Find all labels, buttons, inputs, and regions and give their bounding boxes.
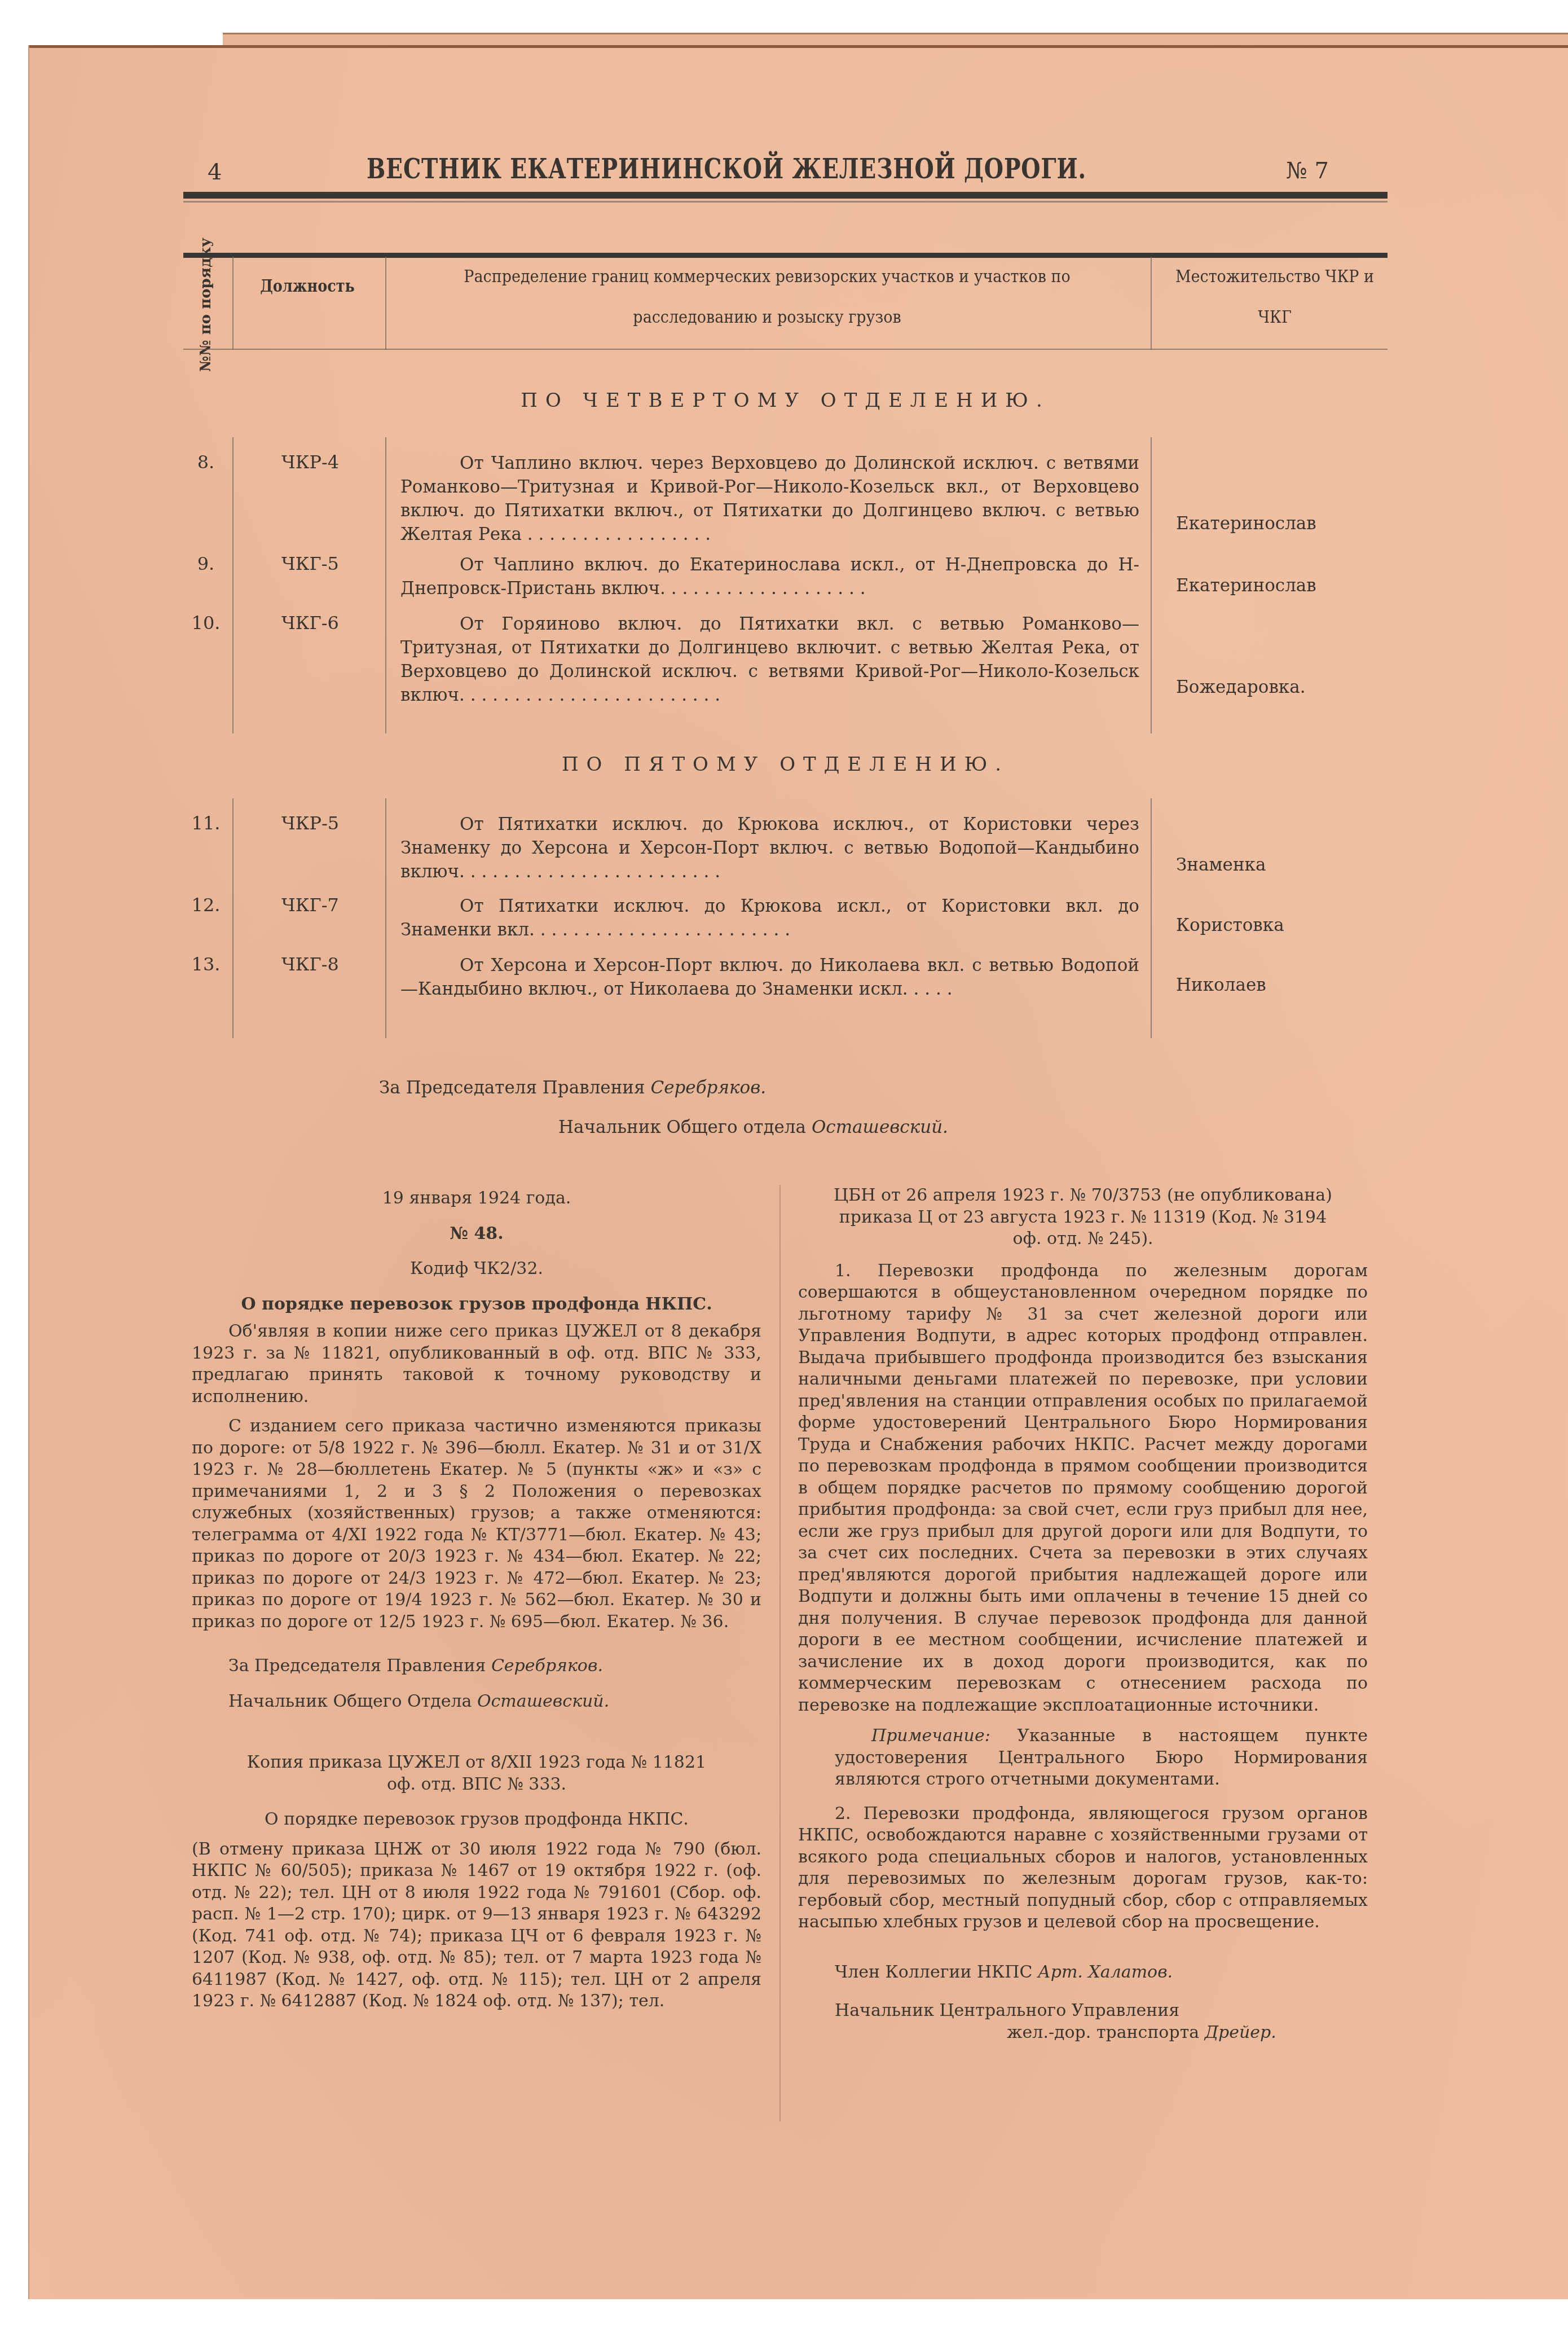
table-divider <box>1151 257 1152 350</box>
signature-name: Осташевский. <box>812 1117 948 1137</box>
row-residence: Знаменка <box>1176 855 1385 875</box>
column-header-number: №№ по порядку <box>180 265 231 344</box>
order-paragraph: С изданием сего приказа частично изменяю… <box>192 1416 761 1633</box>
row-residence: Екатеринослав <box>1176 575 1385 596</box>
order-signature-line: Начальник Общего Отдела Осташевский. <box>192 1691 761 1713</box>
table-divider <box>232 257 234 350</box>
signature-name: Арт. Халатов. <box>1038 1962 1173 1982</box>
copy-heading: Копия приказа ЦУЖЕЛ от 8/XII 1923 года №… <box>192 1752 761 1774</box>
table-divider <box>232 798 234 1038</box>
signature-title: Член Коллегии НКПС <box>835 1962 1032 1982</box>
column-header-number-text: №№ по порядку <box>198 238 214 372</box>
section-title-fifth-division: ПО ПЯТОМУ ОТДЕЛЕНИЮ. <box>183 753 1388 776</box>
row-position: ЧКГ-8 <box>248 954 372 975</box>
signature-title: За Председателя Правления <box>379 1078 645 1098</box>
copy-preamble-continued: оф. отд. № 245). <box>798 1228 1368 1250</box>
row-position: ЧКР-4 <box>248 451 372 473</box>
row-number: 10. <box>186 612 226 634</box>
order-column-right: ЦБН от 26 апреля 1923 г. № 70/3753 (не о… <box>798 1185 1368 2044</box>
signature-title: жел.-дор. транспорта <box>1007 2023 1199 2042</box>
row-residence: Користовка <box>1176 915 1385 935</box>
copy-signature-line: жел.-дор. транспорта Дрейер. <box>798 2022 1368 2044</box>
row-number: 13. <box>186 954 226 975</box>
order-column-left: 19 января 1924 года. № 48. Кодиф ЧК2/32.… <box>192 1188 761 2013</box>
copy-point-1: 1. Перевозки продфонда по железным дорог… <box>798 1260 1368 1717</box>
table-header-rule <box>183 349 1388 350</box>
order-signature-line: За Председателя Правления Серебряков. <box>192 1655 761 1677</box>
row-description: От Пятихатки исключ. до Крюкова исключ.,… <box>400 812 1139 884</box>
order-codif: Кодиф ЧК2/32. <box>192 1258 761 1280</box>
table-divider <box>232 437 234 733</box>
signature-title: За Председателя Правления <box>228 1656 486 1676</box>
column-divider <box>779 1185 781 2121</box>
copy-heading-sub: оф. отд. ВПС № 333. <box>192 1774 761 1796</box>
copy-point-2: 2. Перевозки продфонда, являющегося груз… <box>798 1803 1368 1934</box>
row-number: 8. <box>186 451 226 473</box>
copy-preamble-continued: приказа Ц от 23 августа 1923 г. № 11319 … <box>798 1207 1368 1229</box>
row-description: От Чаплино включ. до Екатеринослава искл… <box>400 553 1139 600</box>
header-rule <box>183 192 1388 199</box>
copy-note: Примечание: Указанные в настоящем пункте… <box>798 1725 1368 1791</box>
row-description: От Херсона и Херсон-Порт включ. до Никол… <box>400 954 1139 1001</box>
section-title-fourth-division: ПО ЧЕТВЕРТОМУ ОТДЕЛЕНИЮ. <box>183 389 1388 412</box>
row-position: ЧКГ-7 <box>248 894 372 916</box>
table-divider <box>1151 798 1152 1038</box>
journal-title: ВЕСТНИК ЕКАТЕРИНИНСКОЙ ЖЕЛЕЗНОЙ ДОРОГИ. <box>367 153 1086 185</box>
column-header-distribution: Распределение границ коммерческих ревизо… <box>427 257 1107 338</box>
copy-preamble: (В отмену приказа ЦНЖ от 30 июля 1922 го… <box>192 1839 761 2013</box>
row-description: От Пятихатки исключ. до Крюкова искл., о… <box>400 894 1139 942</box>
row-position: ЧКР-5 <box>248 812 372 834</box>
page-number: 4 <box>208 159 222 185</box>
issue-number: № 7 <box>1286 158 1329 184</box>
copy-signature-line: Начальник Центрального Управления <box>798 2000 1368 2022</box>
table-divider <box>1151 437 1152 733</box>
row-number: 12. <box>186 894 226 916</box>
header-rule-thin <box>183 201 1388 203</box>
signature-name: Серебряков. <box>491 1656 603 1676</box>
signature-name: Осташевский. <box>477 1691 609 1711</box>
copy-preamble-continued: ЦБН от 26 апреля 1923 г. № 70/3753 (не о… <box>798 1185 1368 1207</box>
row-residence: Екатеринослав <box>1176 513 1385 534</box>
row-residence: Николаев <box>1176 975 1385 995</box>
row-number: 9. <box>186 553 226 574</box>
column-header-position: Должность <box>252 276 363 296</box>
row-description: От Чаплино включ. через Верховцево до До… <box>400 451 1139 546</box>
copy-title: О порядке перевозок грузов продфонда НКП… <box>192 1809 761 1831</box>
order-number: № 48. <box>192 1223 761 1245</box>
order-title: О порядке перевозок грузов продфонда НКП… <box>192 1294 761 1316</box>
note-label: Примечание: <box>871 1726 990 1746</box>
row-residence: Божедаровка. <box>1176 677 1385 697</box>
signature-title: Начальник Общего отдела <box>558 1117 806 1137</box>
signature-title: Начальник Центрального Управления <box>835 2001 1179 2020</box>
row-description: От Горяиново включ. до Пятихатки вкл. с … <box>400 612 1139 707</box>
row-position: ЧКГ-5 <box>248 553 372 574</box>
signature-name: Серебряков. <box>650 1078 766 1098</box>
column-header-residence: Местожительство ЧКР и ЧКГ <box>1173 257 1376 338</box>
table-divider <box>385 437 386 733</box>
copy-signature-line: Член Коллегии НКПС Арт. Халатов. <box>798 1962 1368 1984</box>
signature-name: Дрейер. <box>1205 2023 1276 2042</box>
signature-line: За Председателя Правления Серебряков. <box>379 1078 766 1098</box>
table-divider <box>385 257 386 350</box>
order-paragraph: Об'являя в копии ниже сего приказ ЦУЖЕЛ … <box>192 1321 761 1408</box>
signature-line: Начальник Общего отдела Осташевский. <box>558 1117 948 1137</box>
row-position: ЧКГ-6 <box>248 612 372 634</box>
row-number: 11. <box>186 812 226 834</box>
order-date: 19 января 1924 года. <box>192 1188 761 1210</box>
signature-title: Начальник Общего Отдела <box>228 1691 472 1711</box>
table-divider <box>385 798 386 1038</box>
